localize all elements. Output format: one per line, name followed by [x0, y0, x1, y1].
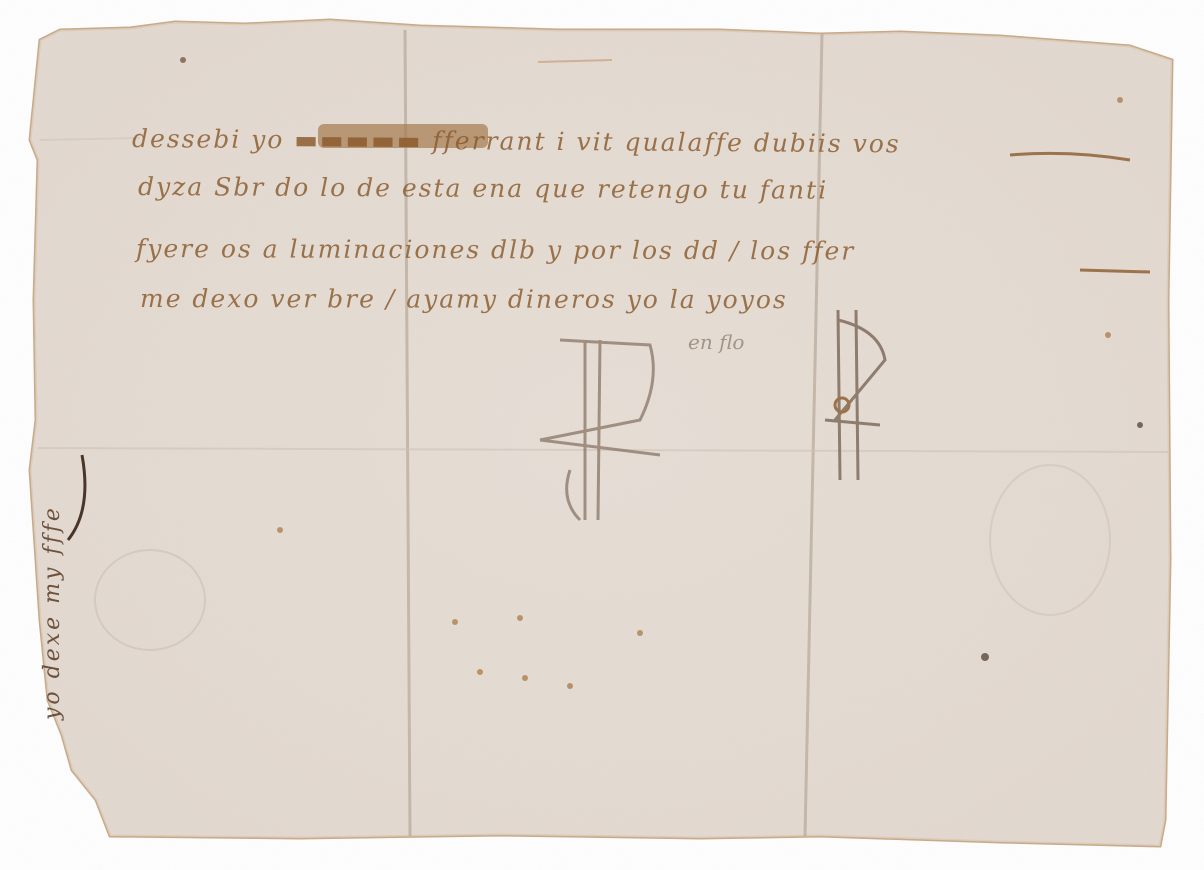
manuscript-line-3: fyere os a luminaciones dlb y por los dd… [136, 234, 855, 266]
closing-text: en flo [688, 330, 744, 354]
manuscript-line-1: dessebi yo ▬▬▬▬▬ fferrant i vit qualaffe… [132, 124, 901, 158]
manuscript-sheet: dessebi yo ▬▬▬▬▬ fferrant i vit qualaffe… [0, 0, 1204, 870]
manuscript-line-4: me dexo ver bre / ayamy dineros yo la yo… [140, 284, 788, 314]
margin-note: yo dexe my fffe [40, 505, 65, 720]
manuscript-line-2: dyza Sbr do lo de esta ena que retengo t… [138, 172, 828, 205]
